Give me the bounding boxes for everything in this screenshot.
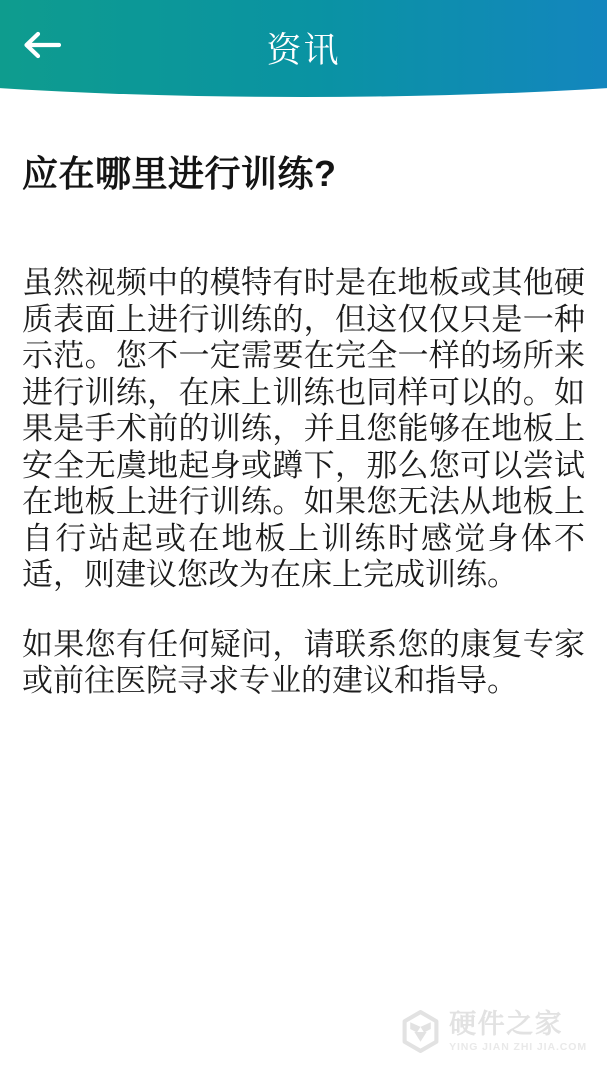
article-paragraph: 如果您有任何疑问，请联系您的康复专家或前往医院寻求专业的建议和指导。 xyxy=(22,627,585,700)
page-title: 资讯 xyxy=(0,23,607,73)
article-paragraph: 虽然视频中的模特有时是在地板或其他硬质表面上进行训练的，但这仅仅只是一种示范。您… xyxy=(22,265,585,594)
arrow-left-icon xyxy=(23,31,61,59)
watermark: 硬件之家 YING JIAN ZHI JIA.COM xyxy=(402,1010,587,1053)
article-content: 应在哪里进行训练? 虽然视频中的模特有时是在地板或其他硬质表面上进行训练的，但这… xyxy=(0,154,607,700)
screen: 资讯 应在哪里进行训练? 虽然视频中的模特有时是在地板或其他硬质表面上进行训练的… xyxy=(0,0,607,1080)
watermark-brand: 硬件之家 xyxy=(449,1011,587,1038)
watermark-domain: YING JIAN ZHI JIA.COM xyxy=(449,1041,587,1053)
back-button[interactable] xyxy=(16,26,68,64)
hexagon-fox-logo-icon xyxy=(402,1010,439,1053)
article-heading: 应在哪里进行训练? xyxy=(22,154,585,194)
watermark-text: 硬件之家 YING JIAN ZHI JIA.COM xyxy=(449,1011,587,1053)
app-header: 资讯 xyxy=(0,0,607,97)
